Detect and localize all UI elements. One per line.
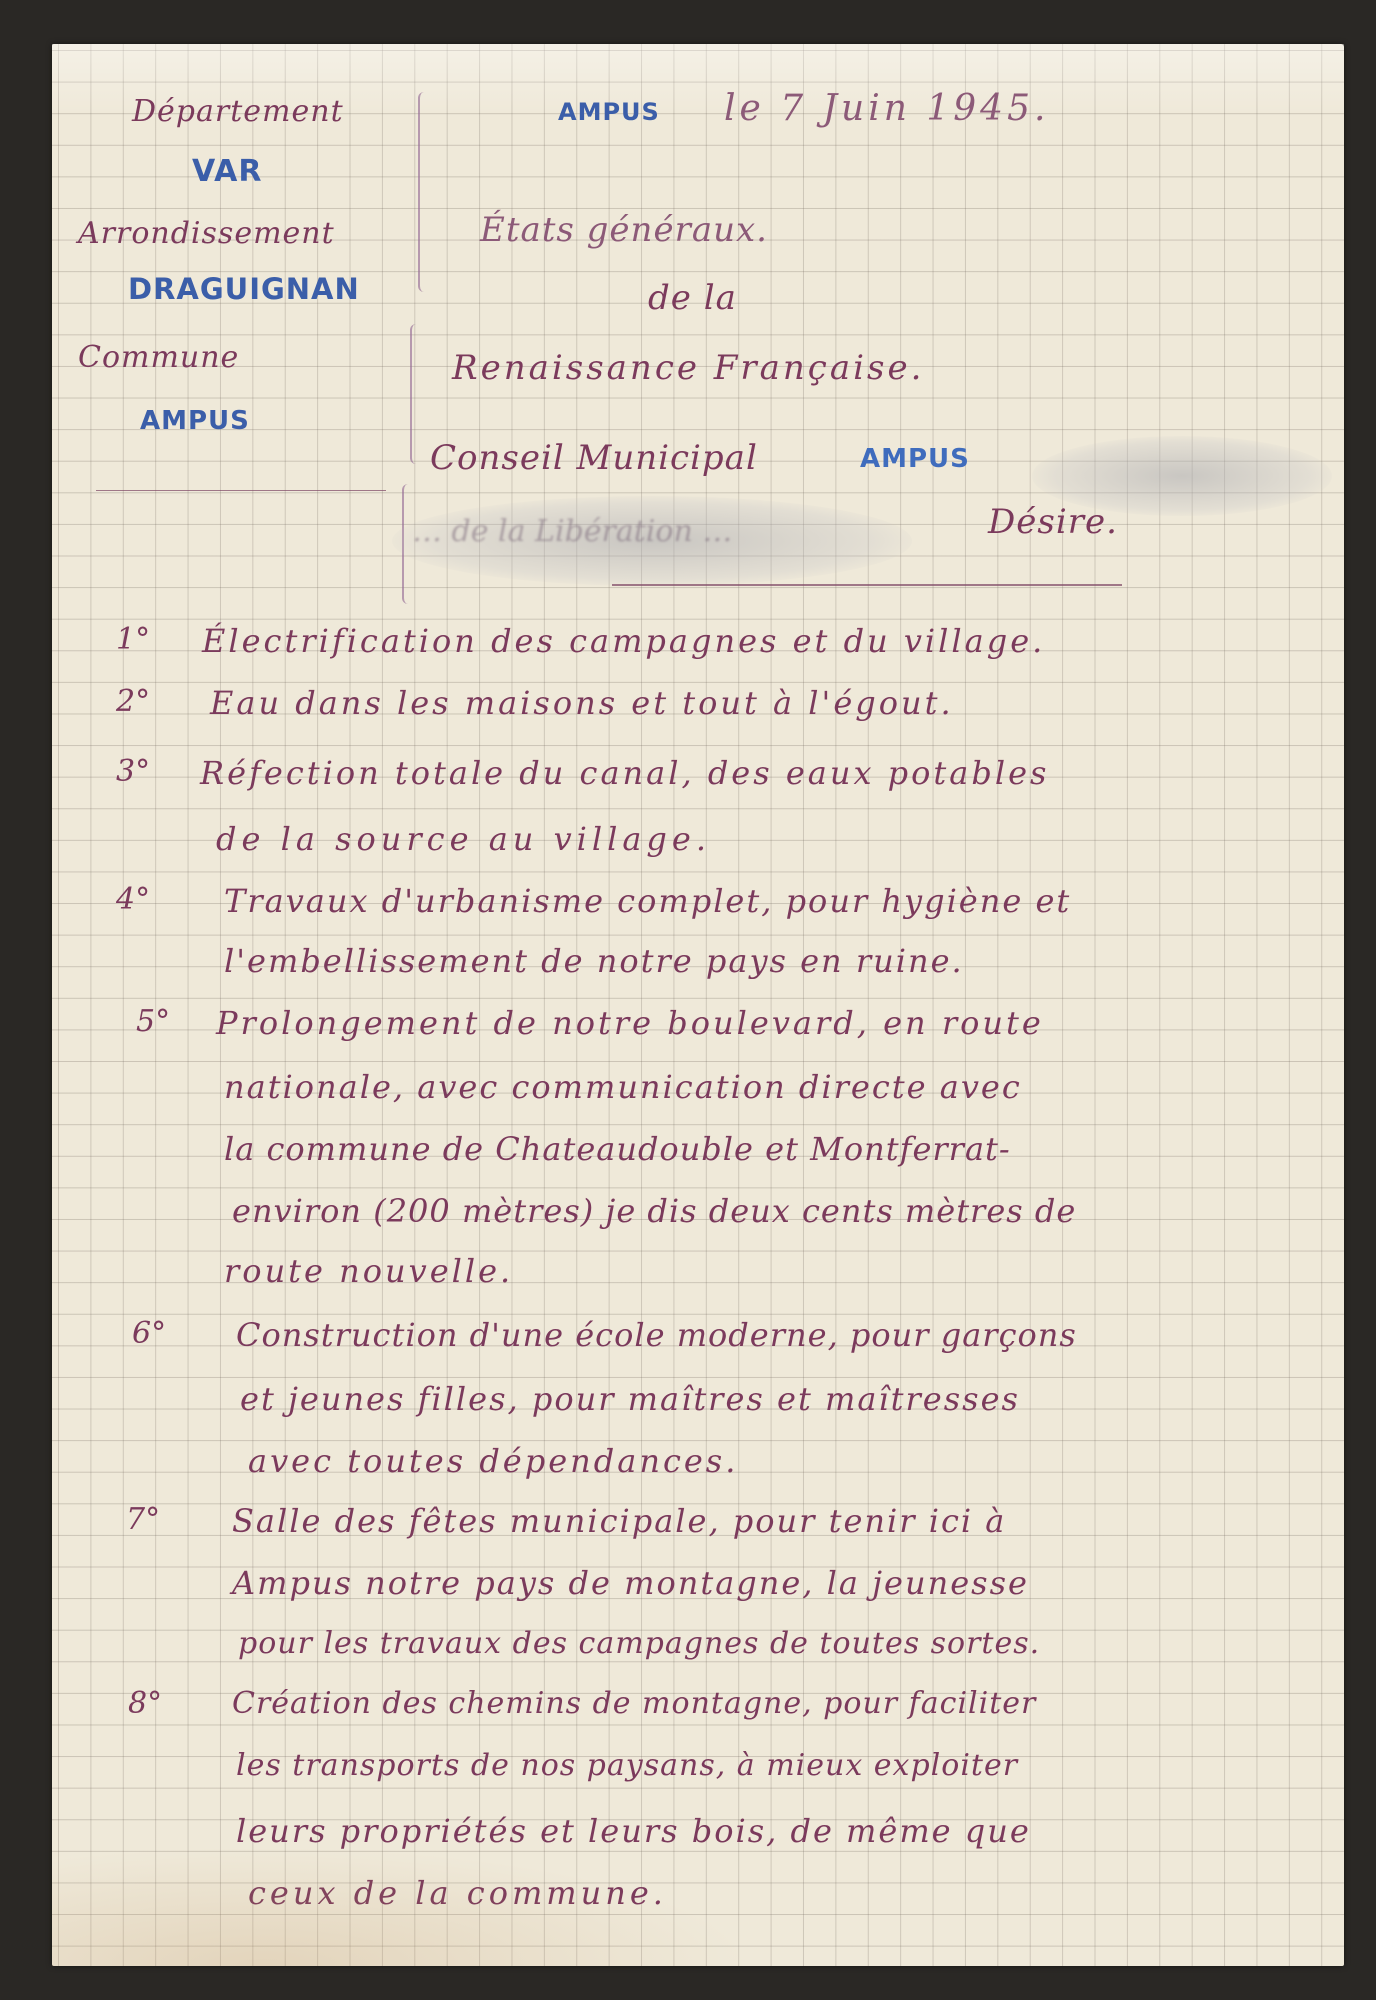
item-number-6: 6°: [132, 1316, 166, 1351]
commune-stamp: AMPUS: [140, 406, 250, 436]
addressee-stamp: AMPUS: [860, 444, 970, 474]
item-6-line-2: et jeunes filles, pour maîtres et maître…: [240, 1380, 1020, 1418]
arrondissement-stamp: DRAGUIGNAN: [128, 272, 360, 306]
section-divider: [612, 584, 1122, 586]
brace-divider-2: [410, 324, 422, 464]
item-number-2: 2°: [116, 684, 150, 719]
item-number-4: 4°: [116, 882, 150, 917]
item-number-8: 8°: [128, 1686, 162, 1721]
dateline-place-stamp: AMPUS: [558, 98, 660, 126]
departement-label: Département: [132, 94, 344, 129]
item-5-line-3: la commune de Chateaudouble et Montferra…: [224, 1130, 1011, 1168]
item-8-line-1: Création des chemins de montagne, pour f…: [232, 1686, 1036, 1721]
item-number-7: 7°: [126, 1502, 160, 1537]
item-number-5: 5°: [136, 1004, 170, 1039]
item-7-line-2: Ampus notre pays de montagne, la jeuness…: [232, 1564, 1029, 1602]
item-4-line-1: Travaux d'urbanisme complet, pour hygièn…: [224, 882, 1071, 920]
dateline-date: le 7 Juin 1945.: [724, 88, 1049, 129]
item-6-line-3: avec toutes dépendances.: [248, 1442, 738, 1480]
brace-divider-1: [418, 92, 430, 292]
item-6-line-1: Construction d'une école moderne, pour g…: [236, 1316, 1077, 1354]
item-8-line-3: leurs propriétés et leurs bois, de même …: [236, 1812, 1031, 1850]
item-2-line-1: Eau dans les maisons et tout à l'égout.: [210, 684, 954, 722]
item-4-line-2: l'embellissement de notre pays en ruine.: [224, 942, 964, 980]
item-5-line-4: environ (200 mètres) je dis deux cents m…: [232, 1192, 1076, 1230]
item-3-line-2: de la source au village.: [216, 820, 711, 858]
item-7-line-1: Salle des fêtes municipale, pour tenir i…: [232, 1502, 1006, 1540]
item-8-line-2: les transports de nos paysans, à mieux e…: [236, 1748, 1018, 1783]
item-5-line-2: nationale, avec communication directe av…: [224, 1068, 1022, 1106]
letter-page: Département VAR Arrondissement DRAGUIGNA…: [52, 44, 1344, 1966]
departement-stamp: VAR: [192, 154, 263, 189]
title-line-1: États généraux.: [480, 210, 768, 250]
arrondissement-label: Arrondissement: [78, 216, 335, 251]
title-line-3: Renaissance Française.: [452, 348, 924, 388]
addressee-line: Conseil Municipal: [430, 438, 758, 478]
commune-label: Commune: [78, 340, 239, 375]
item-7-line-3: pour les travaux des campagnes de toutes…: [238, 1626, 1040, 1661]
item-8-line-4: ceux de la commune.: [248, 1874, 667, 1912]
item-number-3: 3°: [116, 754, 150, 789]
title-line-2: de la: [648, 278, 737, 318]
erased-text: … de la Libération …: [412, 514, 732, 549]
item-number-1: 1°: [116, 622, 150, 657]
header-left-underline: [96, 490, 386, 491]
addressee-verb: Désire.: [988, 502, 1118, 542]
item-5-line-1: Prolongement de notre boulevard, en rout…: [216, 1004, 1044, 1042]
item-3-line-1: Réfection totale du canal, des eaux pota…: [200, 754, 1049, 792]
item-1-line-1: Électrification des campagnes et du vill…: [202, 622, 1045, 660]
item-5-line-5: route nouvelle.: [224, 1252, 513, 1290]
